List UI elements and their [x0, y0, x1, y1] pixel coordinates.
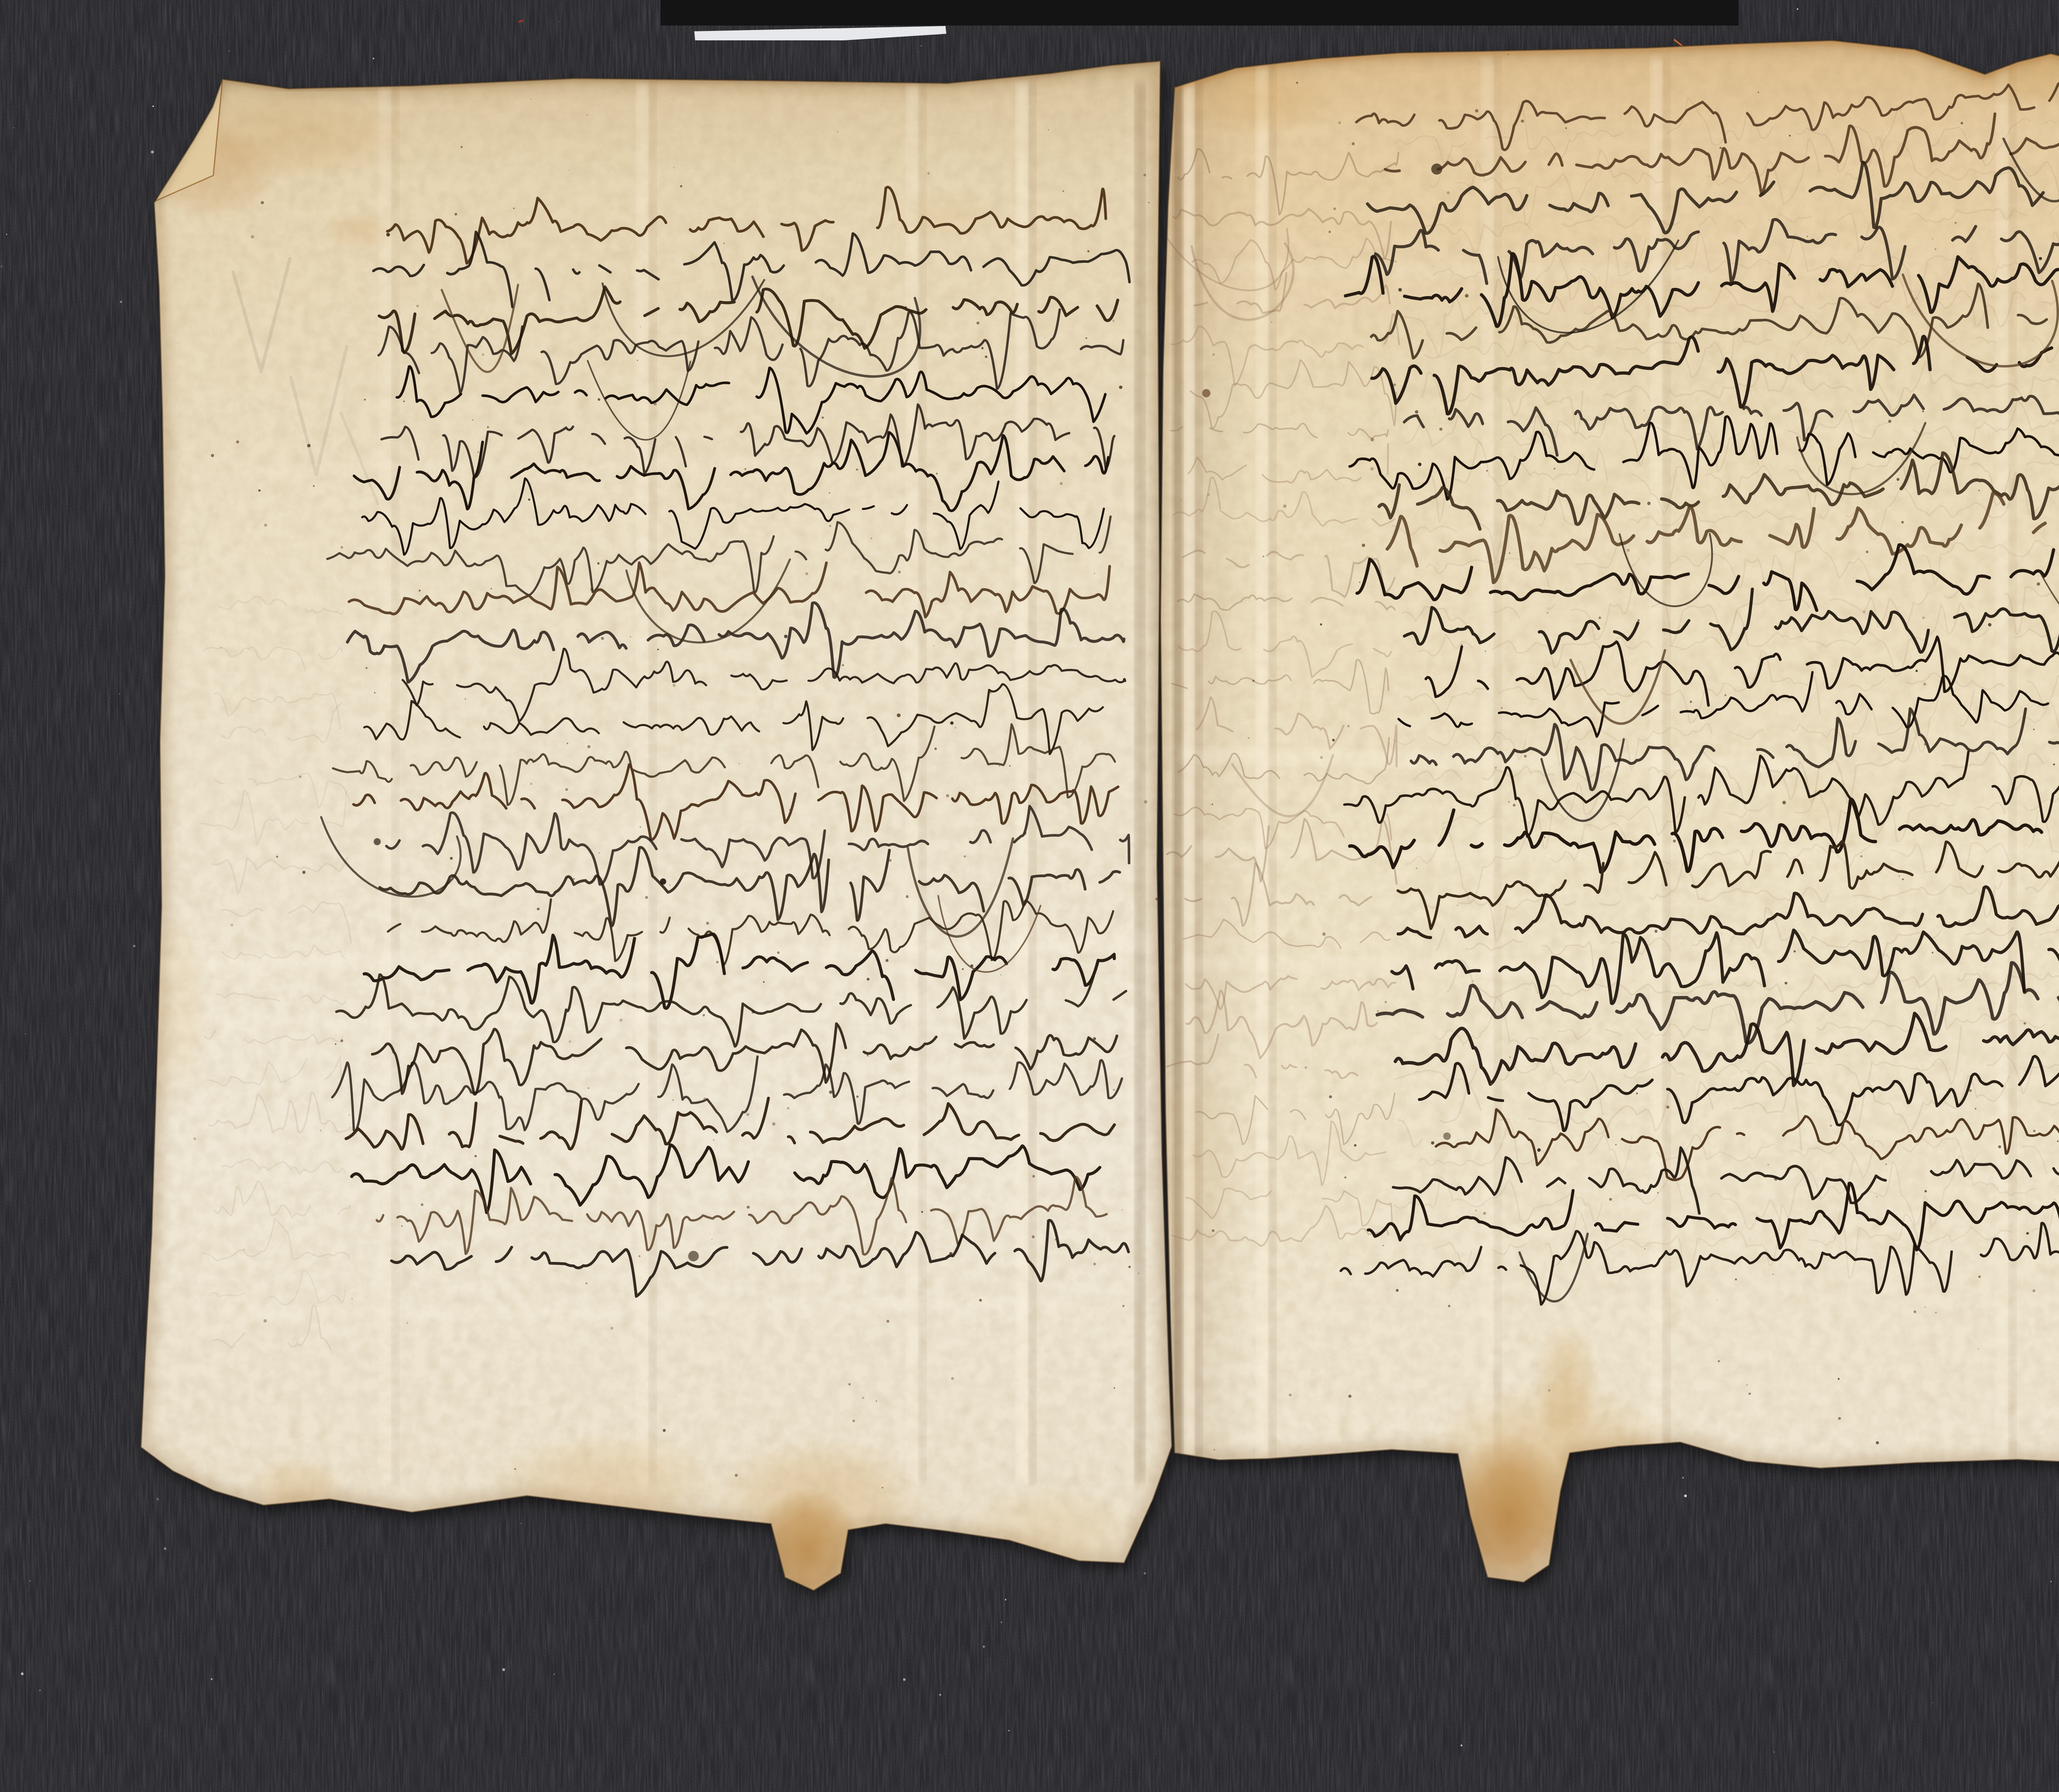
- foxing-speck: [1431, 1141, 1434, 1145]
- foxing-speck: [1877, 1196, 1878, 1198]
- ink-spatter: [985, 355, 987, 358]
- foxing-speck: [374, 692, 376, 694]
- foxing-speck: [933, 645, 934, 647]
- right-page: [1145, 40, 2059, 1598]
- foxing-speck: [848, 1383, 850, 1385]
- foxing-speck: [1062, 190, 1064, 192]
- foxing-speck: [588, 1087, 589, 1089]
- foxing-speck: [2022, 658, 2024, 659]
- foxing-speck: [1725, 694, 1726, 696]
- foxing-speck: [1728, 972, 1730, 974]
- dust-speck: [1797, 8, 1798, 10]
- foxing-speck: [1935, 1312, 1936, 1313]
- dust-speck: [921, 45, 922, 46]
- foxing-speck: [1181, 499, 1181, 500]
- foxing-speck: [1673, 840, 1676, 843]
- foxing-speck: [1521, 119, 1524, 122]
- crease-shadow: [919, 82, 926, 1483]
- foxing-speck: [1093, 1037, 1096, 1040]
- dust-speck: [229, 50, 230, 51]
- foxing-speck: [716, 961, 719, 963]
- foxing-speck: [537, 908, 540, 911]
- dust-speck: [24, 1033, 26, 1034]
- foxing-speck: [276, 856, 278, 858]
- foxing-speck: [1494, 766, 1497, 769]
- foxing-speck: [1638, 619, 1640, 621]
- foxing-speck: [789, 809, 790, 810]
- foxing-speck: [1093, 1263, 1096, 1265]
- foxing-speck: [1851, 519, 1854, 521]
- foxing-speck: [194, 1138, 196, 1140]
- foxing-speck: [1472, 980, 1474, 982]
- foxing-speck: [1352, 143, 1355, 145]
- foxing-speck: [1830, 1124, 1832, 1126]
- foxing-speck: [1932, 238, 1933, 239]
- ink-spatter: [1202, 389, 1210, 397]
- foxing-speck: [657, 649, 659, 650]
- foxing-speck: [530, 99, 531, 100]
- foxing-speck: [2024, 1022, 2026, 1025]
- foxing-speck: [416, 305, 419, 308]
- foxing-speck: [565, 788, 568, 791]
- foxing-speck: [366, 667, 368, 669]
- foxing-speck: [867, 1055, 868, 1056]
- foxing-speck: [777, 951, 780, 954]
- foxing-speck: [673, 167, 674, 168]
- foxing-speck: [1719, 147, 1721, 149]
- stain: [321, 210, 395, 251]
- crease-shadow: [2009, 58, 2016, 1458]
- ink-spatter: [1636, 1093, 1638, 1095]
- foxing-speck: [2057, 1140, 2059, 1142]
- foxing-speck: [1687, 157, 1690, 160]
- foxing-speck: [1749, 1392, 1751, 1395]
- foxing-speck: [1924, 743, 1926, 745]
- foxing-speck: [962, 968, 964, 970]
- foxing-speck: [829, 492, 830, 493]
- ink-spatter: [660, 878, 666, 885]
- foxing-speck: [857, 1259, 858, 1260]
- foxing-speck: [597, 562, 599, 564]
- foxing-speck: [1475, 1210, 1476, 1211]
- foxing-speck: [734, 608, 735, 609]
- foxing-speck: [1048, 129, 1049, 131]
- foxing-speck: [573, 878, 575, 880]
- ink-spatter: [1465, 294, 1468, 298]
- foxing-speck: [1144, 174, 1146, 177]
- foxing-speck: [587, 114, 588, 116]
- ink-spatter: [856, 1096, 859, 1098]
- dust-speck: [1008, 1730, 1010, 1731]
- foxing-speck: [640, 327, 641, 327]
- ink-spatter: [688, 1251, 699, 1262]
- foxing-speck: [1032, 1175, 1035, 1178]
- dust-speck: [156, 1498, 159, 1500]
- ink-spatter: [598, 398, 600, 401]
- ink-spatter: [1774, 1177, 1777, 1180]
- foxing-speck: [1055, 1239, 1056, 1241]
- foxing-speck: [1253, 680, 1255, 682]
- foxing-speck: [1609, 1198, 1612, 1201]
- foxing-speck: [1908, 713, 1911, 716]
- foxing-speck: [1554, 468, 1556, 470]
- foxing-speck: [264, 1319, 267, 1322]
- foxing-speck: [1902, 878, 1904, 881]
- foxing-speck: [587, 745, 591, 748]
- foxing-speck: [886, 1320, 889, 1322]
- ink-spatter: [1347, 725, 1350, 727]
- foxing-speck: [936, 473, 938, 474]
- foxing-speck: [2053, 764, 2055, 766]
- foxing-speck: [418, 977, 421, 981]
- ink-spatter: [897, 713, 901, 717]
- foxing-speck: [1767, 1164, 1769, 1166]
- foxing-speck: [401, 1225, 402, 1227]
- foxing-speck: [1348, 1395, 1352, 1398]
- foxing-speck: [490, 588, 492, 589]
- foxing-speck: [1644, 1248, 1646, 1250]
- ink-spatter: [1789, 135, 1791, 136]
- dust-speck: [1, 266, 2, 267]
- foxing-speck: [1023, 832, 1026, 834]
- foxing-speck: [231, 924, 233, 926]
- ink-spatter: [1418, 463, 1421, 466]
- ink-spatter: [2026, 1232, 2029, 1234]
- dust-speck: [21, 1673, 23, 1675]
- foxing-speck: [772, 1122, 775, 1126]
- foxing-speck: [886, 959, 889, 962]
- manuscript-photo: [0, 0, 2059, 1792]
- foxing-speck: [1978, 490, 1980, 491]
- foxing-speck: [927, 172, 930, 175]
- foxing-speck: [876, 1401, 877, 1402]
- foxing-speck: [1924, 1306, 1926, 1308]
- foxing-speck: [747, 1206, 749, 1208]
- foxing-speck: [1643, 410, 1645, 411]
- foxing-speck: [1924, 683, 1926, 686]
- ink-spatter: [829, 1091, 832, 1094]
- foxing-speck: [472, 420, 473, 421]
- foxing-speck: [307, 444, 310, 447]
- ink-spatter: [1735, 1278, 1737, 1280]
- foxing-speck: [858, 636, 860, 638]
- foxing-speck: [934, 748, 937, 750]
- foxing-speck: [1384, 1001, 1387, 1003]
- dust-speck: [1461, 1745, 1463, 1747]
- dust-speck: [133, 945, 135, 947]
- foxing-speck: [1758, 92, 1759, 93]
- right-page-surface: [1145, 40, 2059, 1598]
- ink-spatter: [386, 233, 390, 236]
- dust-speck: [2051, 1581, 2052, 1582]
- ink-spatter: [2039, 257, 2042, 260]
- foxing-speck: [569, 170, 570, 171]
- manuscript-scan: [0, 0, 2059, 1792]
- dust-speck: [521, 1523, 522, 1524]
- ink-spatter: [1212, 1229, 1215, 1232]
- foxing-speck: [1322, 932, 1326, 936]
- ink-spatter: [981, 347, 983, 349]
- foxing-speck: [1509, 1056, 1511, 1058]
- dust-speck: [13, 127, 14, 129]
- foxing-speck: [236, 441, 239, 444]
- foxing-speck: [341, 546, 343, 549]
- ink-spatter: [950, 721, 954, 724]
- ink-spatter: [706, 922, 709, 925]
- dust-speck: [373, 58, 374, 59]
- foxing-speck: [484, 223, 486, 225]
- foxing-speck: [1971, 258, 1972, 259]
- foxing-speck: [1289, 1394, 1292, 1397]
- dust-speck: [120, 301, 122, 303]
- foxing-speck: [1793, 950, 1795, 952]
- left-page-surface: [136, 61, 1172, 1610]
- foxing-speck: [211, 454, 214, 457]
- foxing-speck: [313, 485, 315, 487]
- foxing-speck: [513, 208, 515, 209]
- ink-spatter: [1544, 836, 1545, 838]
- foxing-speck: [1501, 707, 1503, 709]
- foxing-speck: [586, 1283, 588, 1285]
- foxing-speck: [1296, 82, 1298, 84]
- foxing-speck: [1329, 1095, 1332, 1098]
- foxing-speck: [569, 1040, 571, 1043]
- foxing-speck: [1935, 248, 1937, 250]
- foxing-speck: [1382, 1245, 1384, 1246]
- foxing-speck: [889, 859, 892, 862]
- foxing-speck: [1961, 122, 1963, 124]
- dust-speck: [558, 21, 559, 22]
- foxing-speck: [1860, 855, 1862, 857]
- dust-speck: [30, 1581, 31, 1582]
- foxing-speck: [852, 1420, 855, 1422]
- dust-speck: [1001, 1621, 1002, 1623]
- ink-spatter: [1988, 623, 1991, 626]
- foxing-speck: [1838, 1417, 1841, 1420]
- foxing-speck: [421, 1203, 423, 1206]
- foxing-speck: [406, 1322, 408, 1323]
- foxing-speck: [1086, 337, 1088, 339]
- foxing-speck: [1214, 1449, 1215, 1451]
- ink-spatter: [1998, 1145, 2001, 1148]
- foxing-speck: [258, 489, 260, 491]
- foxing-speck: [1416, 1013, 1419, 1016]
- ink-spatter: [1975, 1108, 1977, 1110]
- foxing-speck: [712, 1239, 712, 1240]
- foxing-speck: [1416, 868, 1417, 869]
- ink-spatter: [784, 635, 787, 638]
- foxing-speck: [1486, 470, 1488, 472]
- foxing-speck: [1138, 1273, 1139, 1274]
- foxing-speck: [1959, 921, 1960, 922]
- foxing-speck: [1094, 573, 1095, 574]
- foxing-speck: [703, 1014, 705, 1016]
- foxing-speck: [264, 523, 267, 527]
- foxing-speck: [1876, 1441, 1879, 1444]
- foxing-speck: [1657, 1192, 1658, 1193]
- foxing-speck: [1922, 617, 1925, 619]
- ink-spatter: [1370, 438, 1374, 441]
- foxing-speck: [1000, 974, 1001, 975]
- foxing-speck: [1263, 556, 1264, 557]
- crease-shadow: [1029, 82, 1036, 1483]
- foxing-speck: [590, 588, 593, 591]
- foxing-speck: [739, 763, 740, 764]
- foxing-speck: [1461, 644, 1463, 645]
- ink-spatter: [921, 1211, 923, 1213]
- foxing-speck: [1969, 1089, 1972, 1092]
- foxing-speck: [1955, 222, 1957, 224]
- foxing-speck: [1547, 612, 1548, 614]
- foxing-speck: [352, 1299, 353, 1300]
- foxing-speck: [1748, 1027, 1749, 1028]
- foxing-speck: [601, 637, 604, 640]
- ink-spatter: [1009, 765, 1011, 766]
- foxing-speck: [2033, 1290, 2036, 1292]
- foxing-speck: [1305, 1066, 1307, 1068]
- ink-spatter: [752, 1011, 754, 1014]
- ink-spatter: [1394, 383, 1396, 386]
- foxing-speck: [461, 146, 463, 148]
- foxing-speck: [349, 1114, 350, 1116]
- foxing-speck: [1932, 952, 1933, 953]
- foxing-speck: [419, 590, 421, 592]
- ink-spatter: [374, 838, 381, 845]
- dust-speck: [502, 1668, 505, 1671]
- foxing-speck: [1475, 109, 1478, 112]
- foxing-speck: [487, 426, 489, 428]
- foxing-speck: [1448, 1305, 1450, 1307]
- foxing-speck: [1362, 544, 1365, 547]
- foxing-speck: [837, 131, 838, 132]
- crease-highlight: [637, 82, 648, 1483]
- foxing-speck: [654, 402, 656, 405]
- foxing-speck: [1733, 1087, 1735, 1089]
- foxing-speck: [787, 1107, 789, 1110]
- foxing-speck: [1032, 1236, 1035, 1238]
- foxing-speck: [871, 537, 872, 539]
- foxing-speck: [1977, 1348, 1979, 1349]
- foxing-speck: [299, 776, 301, 778]
- dust-speck: [39, 1689, 40, 1691]
- foxing-speck: [1838, 1378, 1840, 1380]
- foxing-speck: [1149, 202, 1150, 203]
- foxing-speck: [1457, 904, 1458, 906]
- dust-speck: [983, 1646, 985, 1648]
- ink-spatter: [1924, 1190, 1927, 1192]
- foxing-speck: [1922, 411, 1924, 413]
- ink-spatter: [964, 855, 966, 857]
- foxing-speck: [1773, 1274, 1774, 1275]
- foxing-speck: [1144, 800, 1147, 804]
- foxing-speck: [1885, 1164, 1887, 1165]
- foxing-speck: [2033, 1130, 2035, 1132]
- dust-speck: [554, 1674, 555, 1675]
- ink-spatter: [1431, 164, 1443, 175]
- foxing-speck: [949, 1252, 952, 1255]
- foxing-speck: [1513, 804, 1516, 807]
- foxing-speck: [611, 1327, 614, 1330]
- foxing-speck: [474, 1155, 477, 1157]
- dust-speck: [1932, 1702, 1933, 1703]
- foxing-speck: [1717, 1299, 1718, 1301]
- foxing-speck: [979, 1299, 982, 1302]
- foxing-speck: [1089, 1252, 1090, 1253]
- ink-spatter: [1443, 1132, 1451, 1140]
- foxing-speck: [413, 1118, 413, 1119]
- foxing-speck: [1128, 1266, 1131, 1268]
- foxing-speck: [1332, 739, 1335, 741]
- foxing-speck: [1122, 1209, 1123, 1210]
- foxing-speck: [1485, 651, 1486, 652]
- foxing-speck: [735, 1474, 738, 1477]
- foxing-speck: [1207, 493, 1210, 496]
- ink-spatter: [763, 981, 764, 983]
- dust-speck: [6, 234, 7, 235]
- foxing-speck: [1113, 1089, 1115, 1091]
- foxing-speck: [957, 1086, 960, 1089]
- foxing-speck: [721, 861, 724, 864]
- foxing-speck: [442, 844, 444, 846]
- foxing-speck: [320, 1130, 321, 1131]
- foxing-speck: [640, 826, 641, 827]
- foxing-speck: [1447, 191, 1450, 194]
- foxing-speck: [528, 498, 530, 500]
- foxing-speck: [465, 698, 466, 699]
- foxing-speck: [1807, 236, 1808, 237]
- foxing-speck: [598, 852, 600, 853]
- crease-highlight: [1126, 82, 1134, 1483]
- ink-spatter: [1370, 467, 1374, 470]
- foxing-speck: [1320, 756, 1323, 759]
- ink-spatter: [403, 401, 405, 402]
- foxing-speck: [514, 1468, 516, 1470]
- ink-spatter: [1782, 801, 1786, 804]
- dust-speck: [1682, 1477, 1684, 1479]
- foxing-speck: [1548, 1389, 1550, 1392]
- foxing-speck: [1898, 875, 1900, 877]
- foxing-speck: [1123, 1305, 1125, 1307]
- foxing-speck: [1863, 610, 1865, 613]
- foxing-speck: [1785, 982, 1788, 985]
- dust-speck: [939, 1694, 941, 1696]
- foxing-speck: [1667, 748, 1669, 750]
- ink-spatter: [672, 1100, 674, 1101]
- dust-speck: [1005, 1599, 1006, 1600]
- foxing-speck: [645, 896, 648, 899]
- foxing-speck: [1212, 804, 1213, 805]
- foxing-speck: [1690, 701, 1692, 703]
- foxing-speck: [1914, 1311, 1916, 1313]
- dust-speck: [151, 151, 154, 154]
- foxing-speck: [1338, 121, 1341, 124]
- foxing-speck: [746, 1113, 749, 1116]
- foxing-speck: [220, 647, 222, 649]
- foxing-speck: [714, 1065, 716, 1066]
- foxing-speck: [1354, 1144, 1356, 1147]
- crease-highlight: [1016, 82, 1028, 1483]
- foxing-speck: [1283, 505, 1286, 508]
- foxing-speck: [805, 572, 808, 575]
- foxing-speck: [1901, 521, 1904, 523]
- foxing-speck: [1897, 478, 1900, 481]
- foxing-speck: [1917, 1254, 1918, 1255]
- foxing-speck: [567, 743, 568, 744]
- foxing-speck: [1978, 1276, 1980, 1278]
- foxing-speck: [1718, 1360, 1720, 1362]
- foxing-speck: [906, 895, 909, 898]
- foxing-speck: [392, 1224, 393, 1225]
